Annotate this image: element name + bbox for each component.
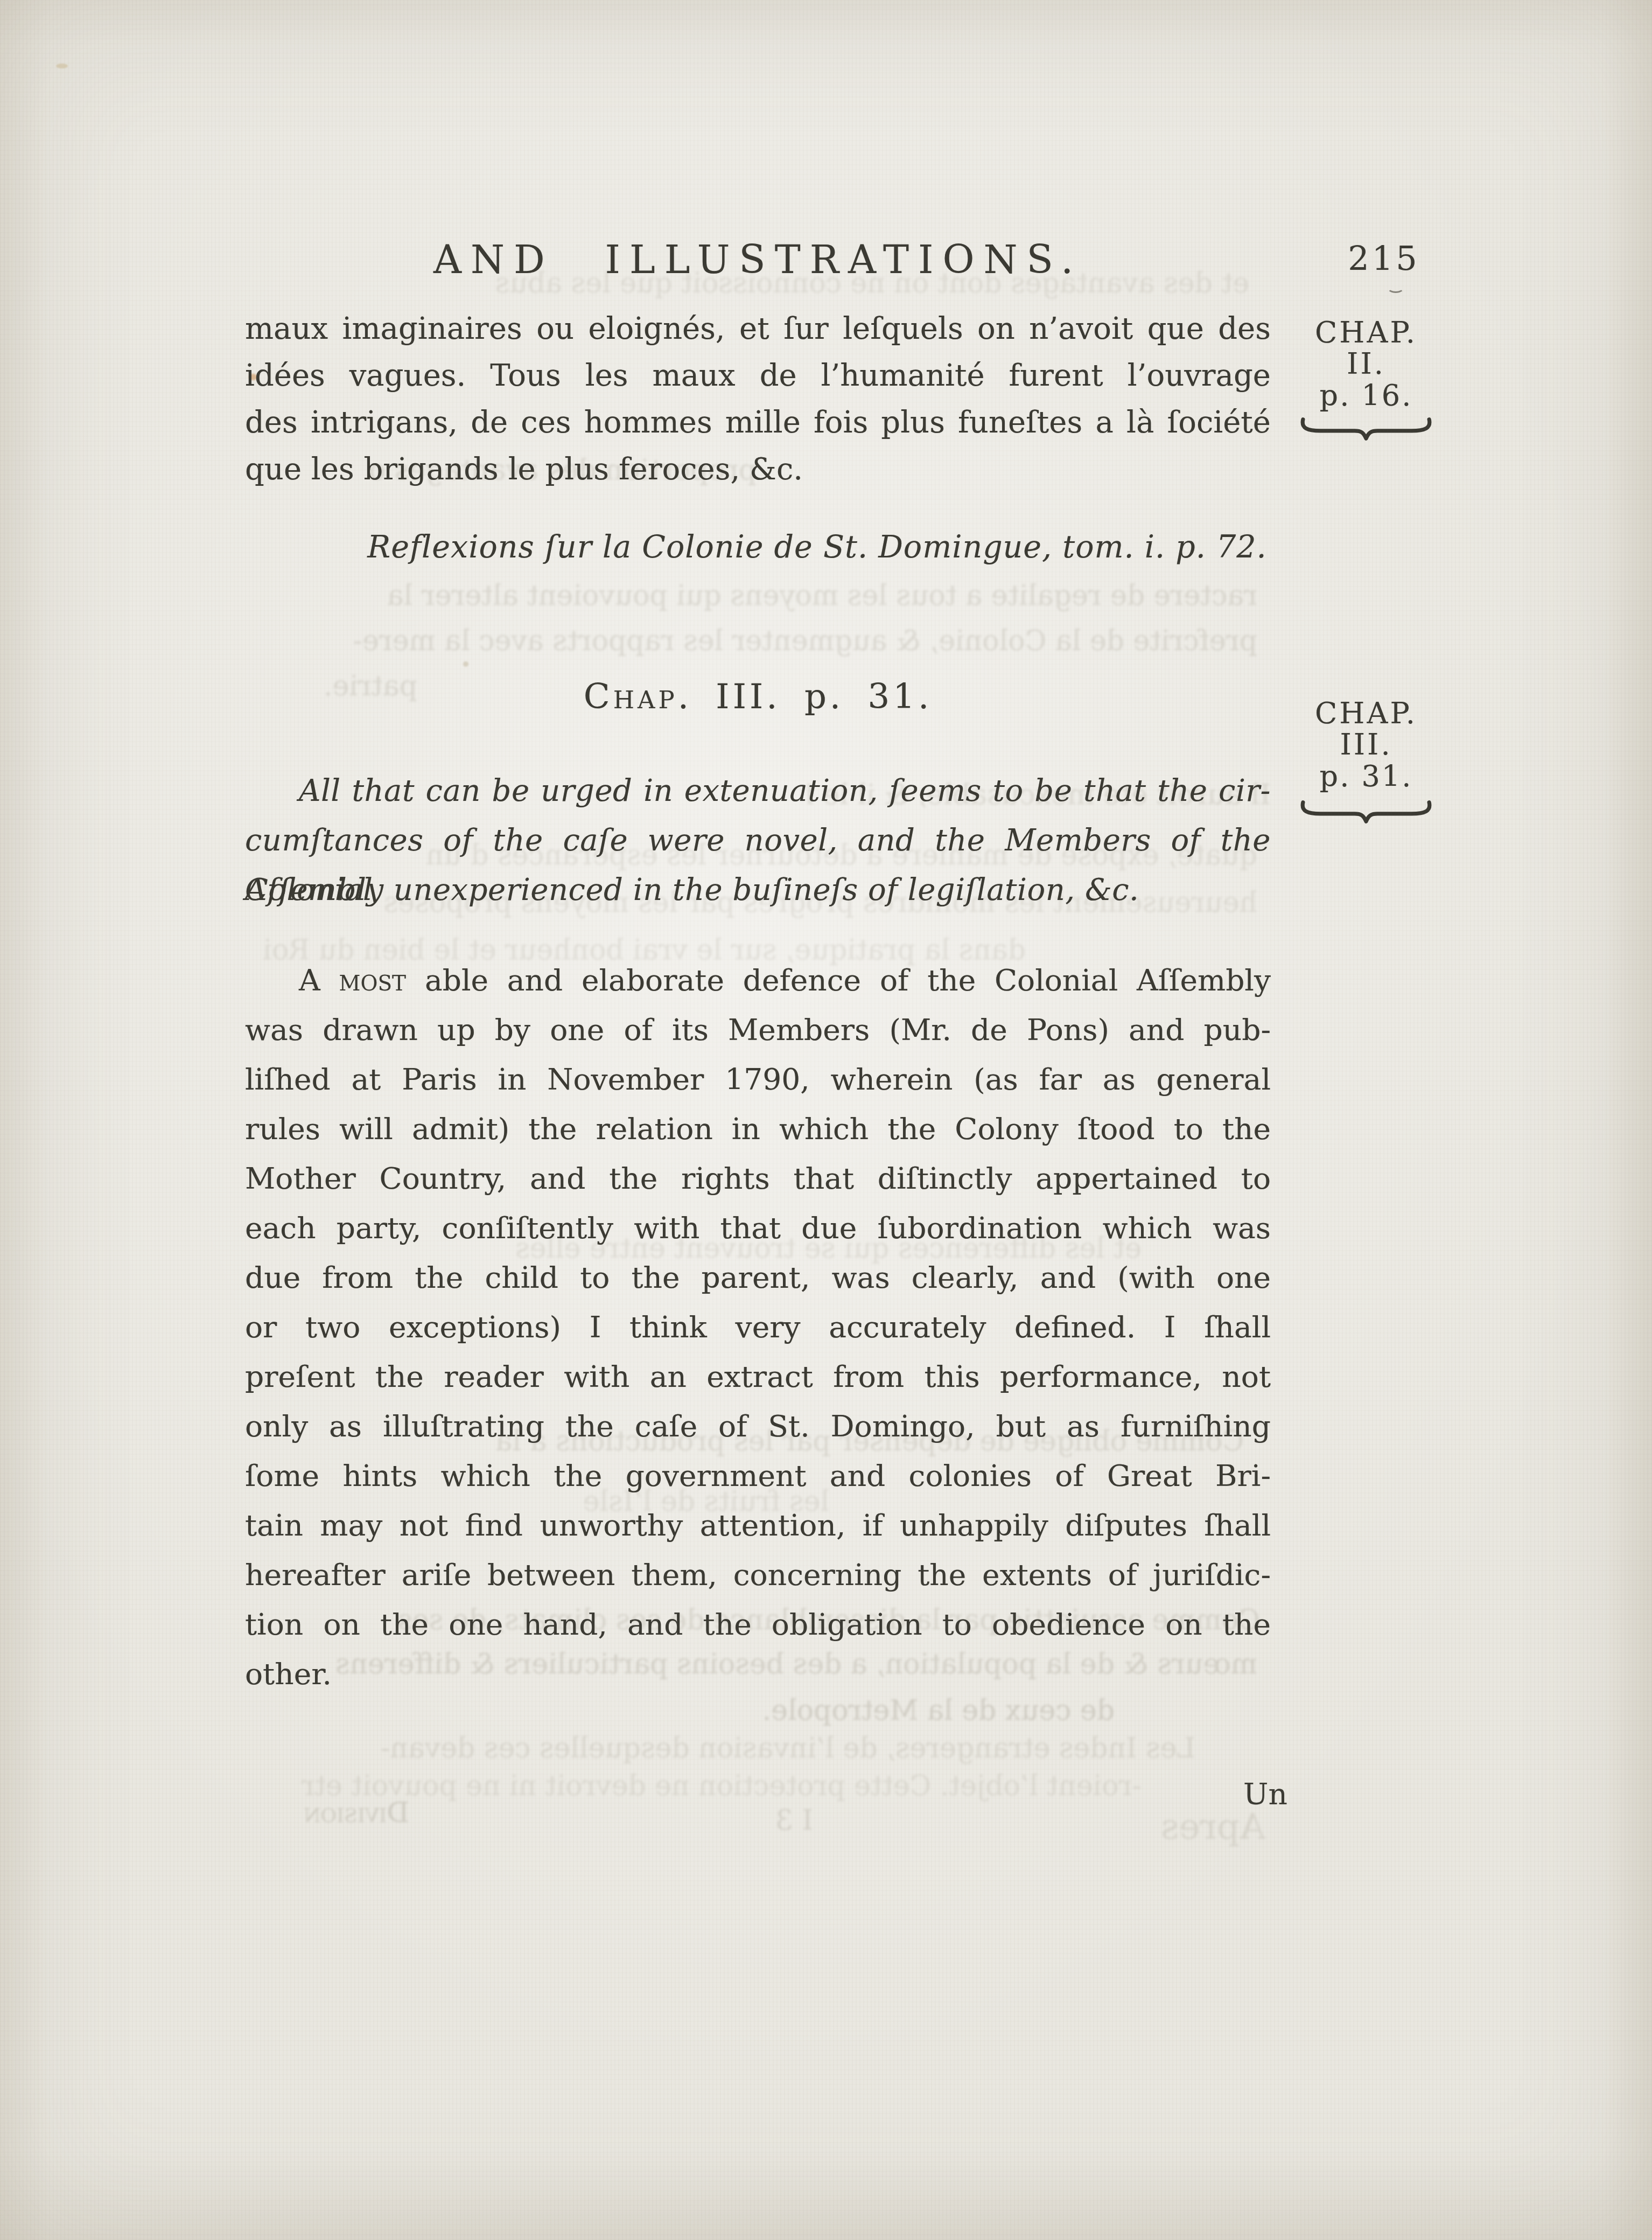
text-line: preſent the reader with an extract from … (245, 1352, 1271, 1401)
book-page-scan: et des avantages dont on ne connoissoit … (0, 0, 1652, 2240)
paper-stain (463, 661, 468, 667)
bleedthrough-text: ractere de regalite a tous les moyens qu… (245, 581, 1257, 611)
french-quote-paragraph: maux imaginaires ou eloignés, et ſur leſ… (245, 305, 1271, 493)
text-line: Mother Country, and the rights that diſt… (245, 1154, 1271, 1203)
body-lead-smallcaps: most (339, 963, 407, 997)
horizontal-brace-icon (1297, 798, 1436, 824)
text-line: was drawn up by one of its Members (Mr. … (245, 1005, 1271, 1055)
text-line: rules will admit) the relation in which … (245, 1104, 1271, 1154)
text-line: A most able and elaborate defence of the… (245, 955, 1271, 1005)
horizontal-brace-icon (1297, 415, 1436, 441)
margin-chapter-label: CHAP. III. (1290, 698, 1442, 760)
body-lead: A (299, 963, 320, 997)
text-line: hereafter ariſe between them, concerning… (245, 1550, 1271, 1600)
italic-quote-paragraph: All that can be urged in extenuation, ſe… (245, 766, 1271, 915)
text-line: due from the child to the parent, was cl… (245, 1253, 1271, 1302)
body-paragraph: A most able and elaborate defence of the… (245, 955, 1271, 1699)
bleedthrough-text: prefcrite de la Colonie, & augmenter les… (245, 626, 1257, 657)
text-line: tain may not find unworthy attention, if… (245, 1501, 1271, 1550)
running-header: AND ILLUSTRATIONS. (245, 238, 1271, 281)
bleedthrough-text: -roient l’objet. Cette protection ne dev… (302, 1771, 1142, 1802)
paper-stain (56, 64, 68, 68)
heading-chap-word: Chap. (584, 677, 692, 717)
text-line: des intrigans, de ces hommes mille fois … (245, 399, 1271, 446)
text-line: each party, conſiſtently with that due ſ… (245, 1203, 1271, 1253)
text-line: liſhed at Paris in November 1790, wherei… (245, 1055, 1271, 1104)
text-line: idées vagues. Tous les maux de l’humanit… (245, 352, 1271, 399)
text-line: other. (245, 1649, 1271, 1699)
margin-page-ref: p. 31. (1290, 760, 1442, 793)
text-line: cumſtances of the caſe were novel, and t… (245, 816, 1271, 866)
breve-mark-icon (1387, 282, 1404, 293)
body-line1-rest: able and elaborate defence of the Coloni… (425, 963, 1271, 997)
margin-page-ref: p. 16. (1290, 380, 1442, 412)
citation-line: Reflexions ſur la Colonie de St. Domingu… (304, 530, 1330, 564)
text-line: maux imaginaires ou eloignés, et ſur leſ… (245, 305, 1271, 352)
text-line: All that can be urged in extenuation, ſe… (245, 766, 1271, 816)
margin-note-chap-2: CHAP. II. p. 16. (1290, 317, 1442, 441)
section-heading: Chap. III. p. 31. (245, 678, 1271, 716)
margin-chapter-label: CHAP. II. (1290, 317, 1442, 380)
text-line: tion on the one hand, and the obligation… (245, 1600, 1271, 1649)
bleedthrough-text: de ceux de la Metropole. (619, 1695, 1115, 1726)
text-line: only as illuſtrating the caſe of St. Dom… (245, 1401, 1271, 1451)
bleedthrough-text: Division (232, 1798, 409, 1829)
text-line: que les brigands le plus feroces, &c. (245, 446, 1271, 493)
text-line: ſome hints which the government and colo… (245, 1451, 1271, 1501)
margin-note-chap-3: CHAP. III. p. 31. (1290, 698, 1442, 824)
page-number: 215 (1335, 241, 1432, 276)
heading-numeral: III. (716, 677, 780, 717)
bleedthrough-text: I 3 (743, 1805, 813, 1836)
text-line: or two exceptions) I think very accurate… (245, 1302, 1271, 1352)
catchword: Un (1212, 1778, 1319, 1810)
bleedthrough-text: Les Indes etrangeres, de l’invasion desq… (269, 1733, 1195, 1764)
text-line: Aſſembly unexperienced in the buſineſs o… (245, 866, 1271, 915)
bleedthrough-text: Apres (1109, 1808, 1265, 1847)
heading-page-ref: p. 31. (804, 677, 932, 717)
